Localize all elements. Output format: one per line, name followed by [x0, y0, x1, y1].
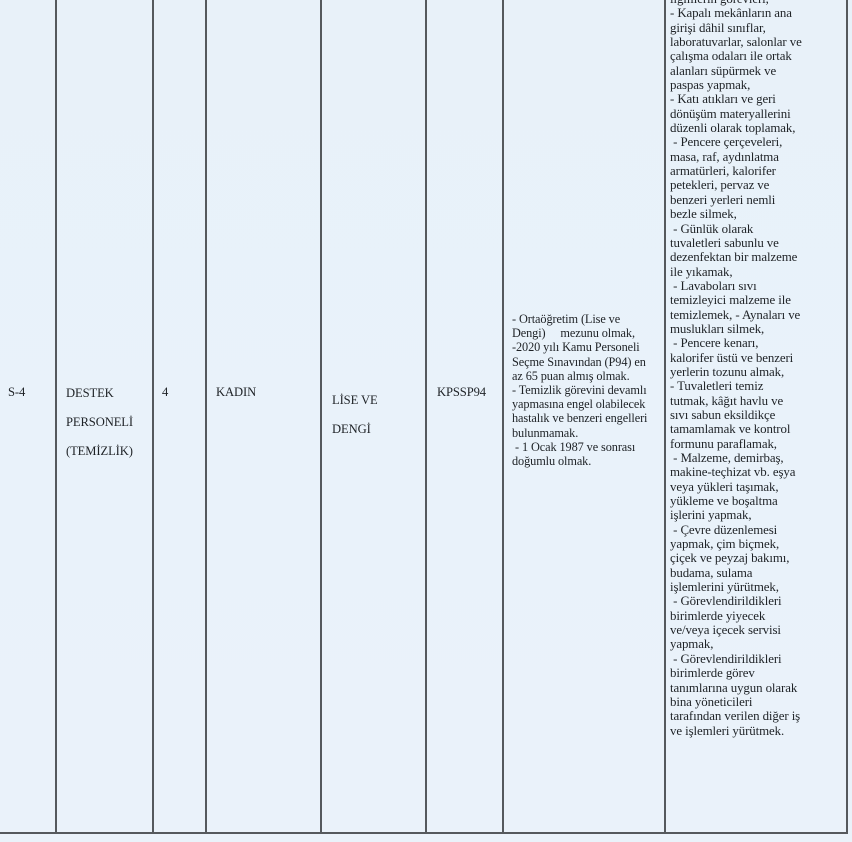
duty-line: benzeri yerleri nemli — [670, 193, 846, 207]
education-level-cell: LİSE VE DENGİ — [332, 378, 422, 451]
duty-line: yerlerin tozunu almak, — [670, 365, 846, 379]
column-divider — [502, 0, 504, 834]
requirement-line: - Ortaöğretim (Lise ve — [512, 312, 664, 326]
requirement-line: Seçme Sınavından (P94) en — [512, 355, 664, 369]
duty-line: birimlerde görev — [670, 666, 846, 680]
duty-line: - Pencere çerçeveleri, — [670, 135, 846, 149]
duty-line: ile yıkamak, — [670, 265, 846, 279]
column-divider — [846, 0, 848, 834]
duty-line: budama, sulama — [670, 566, 846, 580]
requirement-line: bulunmamak. — [512, 426, 664, 440]
duty-line: yapmak, çim biçmek, — [670, 537, 846, 551]
duty-line: ve işlemleri yürütmek. — [670, 724, 846, 738]
education-line: LİSE VE — [332, 393, 422, 408]
duty-line: - Çevre düzenlemesi — [670, 523, 846, 537]
position-count-cell: 4 — [162, 385, 202, 400]
duty-line: çiçek ve peyzaj bakımı, — [670, 551, 846, 565]
duty-line: petekleri, pervaz ve — [670, 178, 846, 192]
duty-line: veya yükleri taşımak, — [670, 480, 846, 494]
column-divider — [205, 0, 207, 834]
duty-line: dezenfektan bir malzeme — [670, 250, 846, 264]
column-divider — [664, 0, 666, 834]
duty-line: ve/veya içecek servisi — [670, 623, 846, 637]
exam-score-type-cell: KPSSP94 — [437, 385, 499, 400]
position-title-line: (TEMİZLİK) — [66, 444, 150, 459]
duty-line: - Günlük olarak — [670, 222, 846, 236]
duty-line: bezle silmek, — [670, 207, 846, 221]
duty-line: kalorifer üstü ve benzeri — [670, 351, 846, 365]
duty-line: - Lavaboları sıvı — [670, 279, 846, 293]
duty-line: makine-teçhizat vb. eşya — [670, 465, 846, 479]
column-divider — [152, 0, 154, 834]
duty-line: armatürleri, kalorifer — [670, 164, 846, 178]
duty-line: laboratuvarlar, salonlar ve — [670, 35, 846, 49]
requirement-line: hastalık ve benzeri engelleri — [512, 411, 664, 425]
duty-line: formunu paraflamak, — [670, 437, 846, 451]
duty-line: bina yöneticileri — [670, 695, 846, 709]
requirement-line: - 1 Ocak 1987 ve sonrası — [512, 440, 664, 454]
duty-line: tamamlamak ve kontrol — [670, 422, 846, 436]
duty-line: temizlemek, - Aynaları ve — [670, 308, 846, 322]
duty-line: - Malzeme, demirbaş, — [670, 451, 846, 465]
duty-line: temizleyici malzeme ile — [670, 293, 846, 307]
position-code-cell: S-4 — [8, 385, 52, 400]
duty-line: tanımlarına uygun olarak — [670, 681, 846, 695]
duty-line: tuvaletleri sabunlu ve — [670, 236, 846, 250]
duty-line: dönüşüm materyallerini — [670, 107, 846, 121]
position-title-line: PERSONELİ — [66, 415, 150, 430]
duty-line: yapmak, — [670, 637, 846, 651]
gender-cell: KADIN — [216, 385, 316, 400]
column-divider — [55, 0, 57, 834]
requirement-line: - Temizlik görevini devamlı — [512, 383, 664, 397]
requirement-line: Dengi) mezunu olmak, — [512, 326, 664, 340]
duty-line: sıvı sabun eksildikçe — [670, 408, 846, 422]
duty-line: alanları süpürmek ve — [670, 64, 846, 78]
requirements-cell: - Ortaöğretim (Lise veDengi) mezunu olma… — [512, 312, 664, 468]
duty-line: - Görevlendirildikleri — [670, 594, 846, 608]
duty-line: - Pencere kenarı, — [670, 336, 846, 350]
job-duties-cell: ilgililerin görevleri,- Kapalı mekânları… — [670, 0, 846, 738]
duty-line: - Görevlendirildikleri — [670, 652, 846, 666]
requirement-line: -2020 yılı Kamu Personeli — [512, 340, 664, 354]
requirement-line: doğumlu olmak. — [512, 454, 664, 468]
column-divider — [425, 0, 427, 834]
scanned-document-page: S-4 DESTEK PERSONELİ (TEMİZLİK) 4 KADIN … — [0, 0, 852, 842]
duty-line: girişi dâhil sınıflar, — [670, 21, 846, 35]
duty-line: işlerini yapmak, — [670, 508, 846, 522]
duty-line: işlemlerini yürütmek, — [670, 580, 846, 594]
duty-line: tutmak, kâğıt havlu ve — [670, 394, 846, 408]
position-title-line: DESTEK — [66, 386, 150, 401]
duty-line: tarafından verilen diğer iş — [670, 709, 846, 723]
requirement-line: az 65 puan almış olmak. — [512, 369, 664, 383]
position-title-cell: DESTEK PERSONELİ (TEMİZLİK) — [66, 371, 150, 473]
requirement-line: yapmasına engel olabilecek — [512, 397, 664, 411]
duty-line: düzenli olarak toplamak, — [670, 121, 846, 135]
duty-line: - Kapalı mekânların ana — [670, 6, 846, 20]
duty-line: çalışma odaları ile ortak — [670, 49, 846, 63]
duty-line: paspas yapmak, — [670, 78, 846, 92]
duty-line: - Katı atıkları ve geri — [670, 92, 846, 106]
duty-line: - Tuvaletleri temiz — [670, 379, 846, 393]
column-divider — [320, 0, 322, 834]
table-bottom-border — [0, 832, 848, 834]
education-line: DENGİ — [332, 422, 422, 437]
duty-line: yükleme ve boşaltma — [670, 494, 846, 508]
duty-line: birimlerde yiyecek — [670, 609, 846, 623]
duty-line: muslukları silmek, — [670, 322, 846, 336]
duty-line: masa, raf, aydınlatma — [670, 150, 846, 164]
